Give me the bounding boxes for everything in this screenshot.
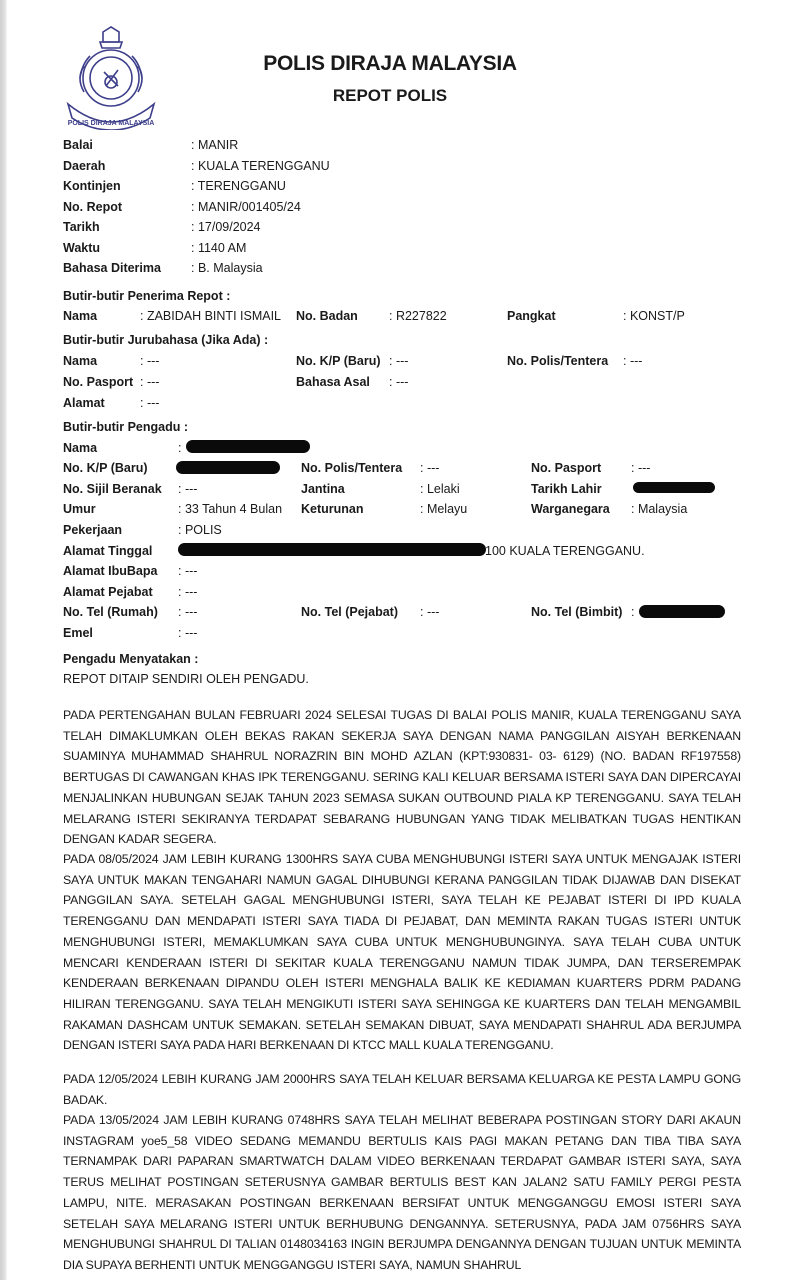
penerima-nama-label: Nama [63, 309, 97, 324]
penerima-badan-label: No. Badan [296, 309, 358, 324]
pengadu-keturunan-value: : Melayu [420, 502, 467, 517]
penerima-pangkat-value: : KONST/P [623, 309, 685, 324]
doc-title: REPOT POLIS [90, 86, 690, 106]
pengadu-alamat-label: Alamat Tinggal [63, 544, 152, 559]
jurubahasa-pasport-value: : --- [140, 375, 159, 390]
pengadu-umur-value: : 33 Tahun 4 Bulan [178, 502, 282, 517]
redaction-nama [186, 440, 310, 453]
pengadu-warga-label: Warganegara [531, 502, 610, 517]
section-heading-penerima: Butir-butir Penerima Repot : [63, 289, 230, 304]
statement-intro: REPOT DITAIP SENDIRI OLEH PENGADU. [63, 672, 309, 687]
jurubahasa-pasport-label: No. Pasport [63, 375, 133, 390]
pengadu-pekerjaan-value: : POLIS [178, 523, 222, 538]
field-value-tarikh: : 17/09/2024 [191, 220, 261, 235]
svg-text:POLIS DIRAJA MALAYSIA: POLIS DIRAJA MALAYSIA [68, 120, 155, 127]
pengadu-sijil-value: : --- [178, 482, 197, 497]
field-value-bahasa: : B. Malaysia [191, 261, 263, 276]
penerima-pangkat-label: Pangkat [507, 309, 556, 324]
pengadu-kp-label: No. K/P (Baru) [63, 461, 148, 476]
jurubahasa-nama-value: : --- [140, 354, 159, 369]
redaction-tel-bimbit [639, 605, 725, 618]
redaction-tarikh-lahir [633, 482, 715, 493]
pengadu-alamat-value: 100 KUALA TERENGGANU. [485, 544, 645, 559]
pengadu-telrumah-value: : --- [178, 605, 197, 620]
pengadu-polis-value: : --- [420, 461, 439, 476]
pengadu-nama-label: Nama [63, 441, 97, 456]
jurubahasa-alamat-value: : --- [140, 396, 159, 411]
statement-paragraph: PADA 13/05/2024 JAM LEBIH KURANG 0748HRS… [63, 1110, 741, 1276]
pengadu-ibubapa-label: Alamat IbuBapa [63, 564, 157, 579]
pengadu-ibubapa-value: : --- [178, 564, 197, 579]
pengadu-emel-value: : --- [178, 626, 197, 641]
pdrm-crest-icon: POLIS DIRAJA MALAYSIA [62, 26, 160, 130]
field-value-no-repot: : MANIR/001405/24 [191, 200, 301, 215]
field-label-bahasa: Bahasa Diterima [63, 261, 161, 276]
field-label-no-repot: No. Repot [63, 200, 122, 215]
jurubahasa-polis-value: : --- [623, 354, 642, 369]
field-label-daerah: Daerah [63, 159, 105, 174]
field-value-balai: : MANIR [191, 138, 238, 153]
pengadu-telpejabat-label: No. Tel (Pejabat) [301, 605, 398, 620]
jurubahasa-polis-label: No. Polis/Tentera [507, 354, 608, 369]
field-value-waktu: : 1140 AM [191, 241, 246, 256]
pengadu-polis-label: No. Polis/Tentera [301, 461, 402, 476]
org-title: POLIS DIRAJA MALAYSIA [90, 52, 690, 76]
pengadu-lahir-label: Tarikh Lahir [531, 482, 602, 497]
pengadu-telbimbit-value: : [631, 605, 634, 620]
pengadu-jantina-label: Jantina [301, 482, 345, 497]
jurubahasa-kp-value: : --- [389, 354, 408, 369]
pengadu-jantina-value: : Lelaki [420, 482, 460, 497]
jurubahasa-alamat-label: Alamat [63, 396, 105, 411]
pengadu-emel-label: Emel [63, 626, 93, 641]
field-value-daerah: : KUALA TERENGGANU [191, 159, 330, 174]
pengadu-nama-value: : [178, 441, 181, 456]
penerima-nama-value: : ZABIDAH BINTI ISMAIL [140, 309, 281, 324]
pengadu-umur-label: Umur [63, 502, 96, 517]
penerima-badan-value: : R227822 [389, 309, 447, 324]
field-label-waktu: Waktu [63, 241, 100, 256]
field-label-tarikh: Tarikh [63, 220, 100, 235]
section-heading-jurubahasa: Butir-butir Jurubahasa (Jika Ada) : [63, 333, 268, 348]
field-label-kontinjen: Kontinjen [63, 179, 121, 194]
pengadu-keturunan-label: Keturunan [301, 502, 364, 517]
pengadu-warga-value: : Malaysia [631, 502, 687, 517]
pengadu-pasport-label: No. Pasport [531, 461, 601, 476]
pengadu-telbimbit-label: No. Tel (Bimbit) [531, 605, 622, 620]
section-heading-pengadu: Butir-butir Pengadu : [63, 420, 188, 435]
page-edge-shadow [0, 0, 7, 1280]
jurubahasa-nama-label: Nama [63, 354, 97, 369]
pengadu-pasport-value: : --- [631, 461, 650, 476]
pengadu-telpejabat-value: : --- [420, 605, 439, 620]
pengadu-pejabat-label: Alamat Pejabat [63, 585, 153, 600]
pengadu-pekerjaan-label: Pekerjaan [63, 523, 122, 538]
pengadu-pejabat-value: : --- [178, 585, 197, 600]
statement-paragraph: PADA 12/05/2024 LEBIH KURANG JAM 2000HRS… [63, 1069, 741, 1110]
jurubahasa-bahasa-label: Bahasa Asal [296, 375, 370, 390]
jurubahasa-bahasa-value: : --- [389, 375, 408, 390]
statement-heading: Pengadu Menyatakan : [63, 652, 198, 667]
pengadu-telrumah-label: No. Tel (Rumah) [63, 605, 158, 620]
statement-paragraph: PADA PERTENGAHAN BULAN FEBRUARI 2024 SEL… [63, 705, 741, 850]
pengadu-sijil-label: No. Sijil Beranak [63, 482, 162, 497]
jurubahasa-kp-label: No. K/P (Baru) [296, 354, 381, 369]
redaction-alamat [178, 543, 486, 556]
field-value-kontinjen: : TERENGGANU [191, 179, 286, 194]
redaction-kp [176, 461, 280, 474]
statement-paragraph: PADA 08/05/2024 JAM LEBIH KURANG 1300HRS… [63, 849, 741, 1056]
field-label-balai: Balai [63, 138, 93, 153]
